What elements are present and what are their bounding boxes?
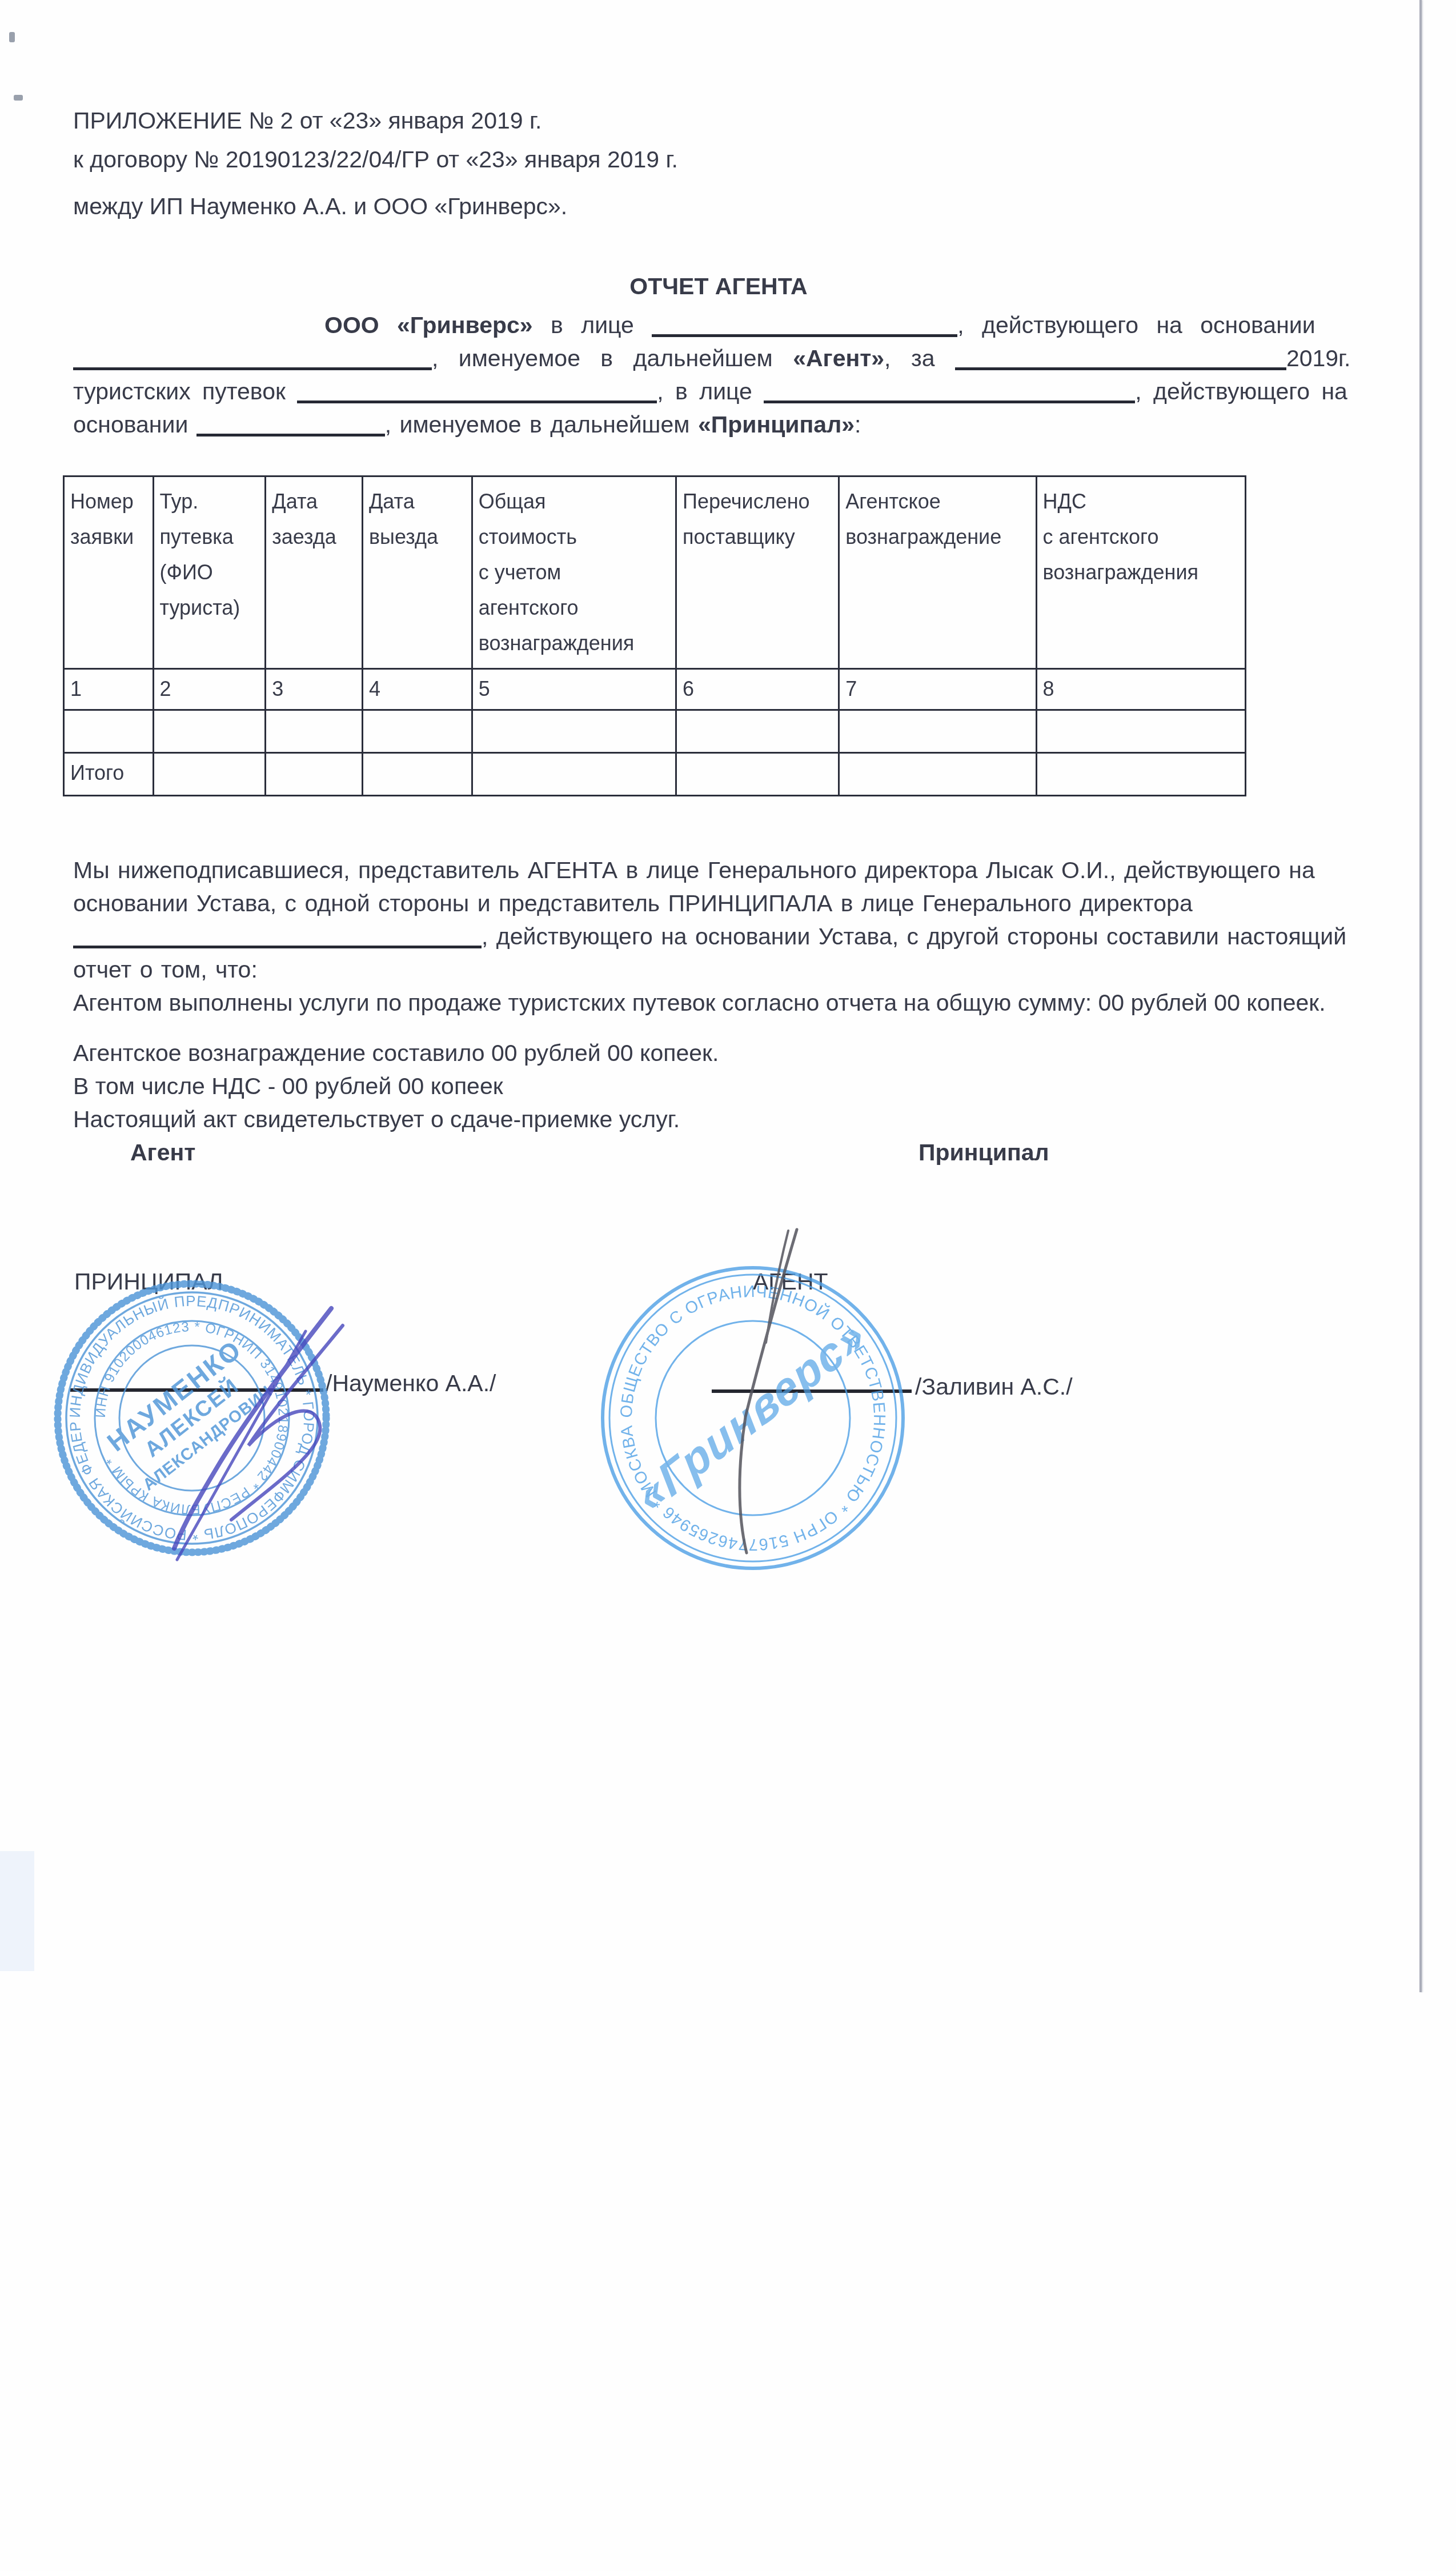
empty-cell (1036, 710, 1245, 753)
principal-signature-heading: ПРИНЦИПАЛ (74, 1265, 223, 1298)
principal-stamp-name-line2: АЛЕКСЕЙ (139, 1373, 244, 1463)
total-cell (153, 753, 266, 796)
column-number-cell: 1 (64, 669, 154, 710)
agent-stamp-outer-circle (603, 1268, 903, 1568)
principal-stamp-middle-circle (95, 1321, 289, 1515)
total-cell (839, 753, 1036, 796)
principal-signature-line (70, 1388, 323, 1392)
parties-line: между ИП Науменко А.А. и ООО «Гринверс». (73, 190, 567, 223)
total-cell (676, 753, 839, 796)
agent-signature-heading: АГЕНТ (753, 1265, 828, 1298)
scan-speck (9, 32, 15, 42)
text-line: Мы нижеподписавшиеся, представитель АГЕН… (73, 854, 1399, 887)
text-line: , действующего на основании Устава, с др… (73, 920, 1399, 953)
text-run: ООО «Гринверс» (324, 312, 533, 338)
document-title: ОТЧЕТ АГЕНТА (73, 273, 1364, 300)
vat-line: В том числе НДС - 00 рублей 00 копеек (73, 1070, 719, 1103)
column-number-cell: 4 (362, 669, 472, 710)
header-cell: Дата заезда (266, 476, 363, 669)
scan-speck (14, 95, 23, 101)
text-run: , действующего на основании Устава, с др… (482, 923, 1346, 950)
scan-edge-smudge (0, 1851, 34, 1971)
text-run: Агентом выполнены услуги по продаже тури… (73, 990, 1326, 1016)
column-number-cell: 7 (839, 669, 1036, 710)
table-row (64, 710, 1246, 753)
scan-fold-line (1419, 0, 1422, 1992)
column-number-cell: 8 (1036, 669, 1245, 710)
reward-total-line: Агентское вознаграждение составило 00 ру… (73, 1036, 719, 1070)
text-line: туристских путевок , в лице , действующе… (73, 375, 1399, 408)
text-run: , действующего на (1135, 378, 1347, 405)
text-run: отчет о том, что: (73, 956, 258, 983)
text-line: основании Устава, с одной стороны и пред… (73, 887, 1399, 920)
agent-stamp-second-circle (609, 1275, 896, 1561)
text-line: Агентом выполнены услуги по продаже тури… (73, 986, 1399, 1019)
principal-role-label: Принципал (918, 1136, 1049, 1169)
principal-stamp-outer-circle (66, 1292, 318, 1544)
empty-cell (472, 710, 676, 753)
empty-cell (676, 710, 839, 753)
header-cell: Номер заявки (64, 476, 154, 669)
text-run: , именуемое в дальнейшем (432, 345, 793, 371)
principal-stamp-rope-ring (58, 1284, 326, 1552)
principal-stamp-inner-ring-text: ИНН 910200046123 * ОГРНИП 31491021890044… (93, 1319, 291, 1517)
agent-stamp-center-text: «Гринверс» (628, 1308, 874, 1523)
header-cell: Перечислено поставщику (676, 476, 839, 669)
column-number-cell: 3 (266, 669, 363, 710)
report-table: Номер заявкиТур. путевка (ФИО туриста)Да… (63, 475, 1246, 796)
principal-stamp-name-line1: НАУМЕНКО (102, 1334, 247, 1457)
column-number-cell: 5 (472, 669, 676, 710)
column-number-cell: 6 (676, 669, 839, 710)
header-cell: Тур. путевка (ФИО туриста) (153, 476, 266, 669)
text-line: отчет о том, что: (73, 953, 1399, 986)
blank-underline (955, 348, 1286, 370)
appendix-line-2: к договору № 20190123/22/04/ГР от «23» я… (73, 143, 678, 176)
scanned-document-page: ПРИЛОЖЕНИЕ № 2 от «23» января 2019 г. к … (0, 0, 1456, 2571)
text-run: : (855, 411, 861, 438)
header-cell: Общая стоимость с учетом агентского возн… (472, 476, 676, 669)
text-run: в лице (533, 312, 652, 338)
text-run: основании Устава, с одной стороны и пред… (73, 890, 1193, 916)
text-run: , именуемое в дальнейшем (385, 411, 698, 438)
total-cell (472, 753, 676, 796)
empty-cell (266, 710, 363, 753)
agent-signature-line (712, 1389, 912, 1393)
principal-pen-signature (174, 1308, 343, 1560)
agent-role-label: Агент (130, 1136, 195, 1169)
text-run: «Принципал» (698, 411, 855, 438)
total-cell (1036, 753, 1245, 796)
intro-paragraph: ООО «Гринверс» в лице , действующего на … (73, 309, 1399, 441)
table-row: Номер заявкиТур. путевка (ФИО туриста)Да… (64, 476, 1246, 669)
text-line: ООО «Гринверс» в лице , действующего на … (73, 309, 1399, 342)
text-run: , за (884, 345, 955, 371)
header-cell: НДС с агентского вознаграждения (1036, 476, 1245, 669)
blank-underline (764, 381, 1135, 403)
principal-stamp-name-line3: АЛЕКСАНДРОВИЧ (139, 1382, 276, 1494)
header-cell: Агентское вознаграждение (839, 476, 1036, 669)
blank-underline (73, 348, 432, 370)
text-run: туристских путевок (73, 378, 297, 405)
table-row: Итого (64, 753, 1246, 796)
empty-cell (839, 710, 1036, 753)
text-run: основании (73, 411, 196, 438)
blank-underline (297, 381, 657, 403)
totals-block: Агентское вознаграждение составило 00 ру… (73, 1036, 719, 1136)
text-run: , действующего на основании (957, 312, 1315, 338)
appendix-line-1: ПРИЛОЖЕНИЕ № 2 от «23» января 2019 г. (73, 104, 542, 137)
total-cell (266, 753, 363, 796)
principal-signature-name: /Науменко А.А./ (326, 1367, 496, 1400)
text-run: «Агент» (793, 345, 884, 371)
blank-underline (196, 414, 385, 436)
header-cell: Дата выезда (362, 476, 472, 669)
agent-signature-name: /Заливин А.С./ (915, 1370, 1073, 1403)
table-row: 12345678 (64, 669, 1246, 710)
blank-underline (73, 926, 482, 948)
empty-cell (153, 710, 266, 753)
text-run: , в лице (657, 378, 764, 405)
principal-stamp-inner-circle (119, 1345, 264, 1491)
total-cell: Итого (64, 753, 154, 796)
column-number-cell: 2 (153, 669, 266, 710)
agent-stamp-inner-circle (656, 1321, 850, 1515)
blank-underline (652, 315, 957, 337)
closing-paragraph: Мы нижеподписавшиеся, представитель АГЕН… (73, 854, 1399, 1019)
total-cell (362, 753, 472, 796)
text-run: Мы нижеподписавшиеся, представитель АГЕН… (73, 857, 1315, 883)
text-run: 2019г. (1286, 345, 1351, 371)
text-line: , именуемое в дальнейшем «Агент», за 201… (73, 342, 1399, 375)
text-line: основании , именуемое в дальнейшем «Прин… (73, 408, 1399, 441)
empty-cell (64, 710, 154, 753)
acceptance-line: Настоящий акт свидетельствует о сдаче-пр… (73, 1103, 719, 1136)
empty-cell (362, 710, 472, 753)
